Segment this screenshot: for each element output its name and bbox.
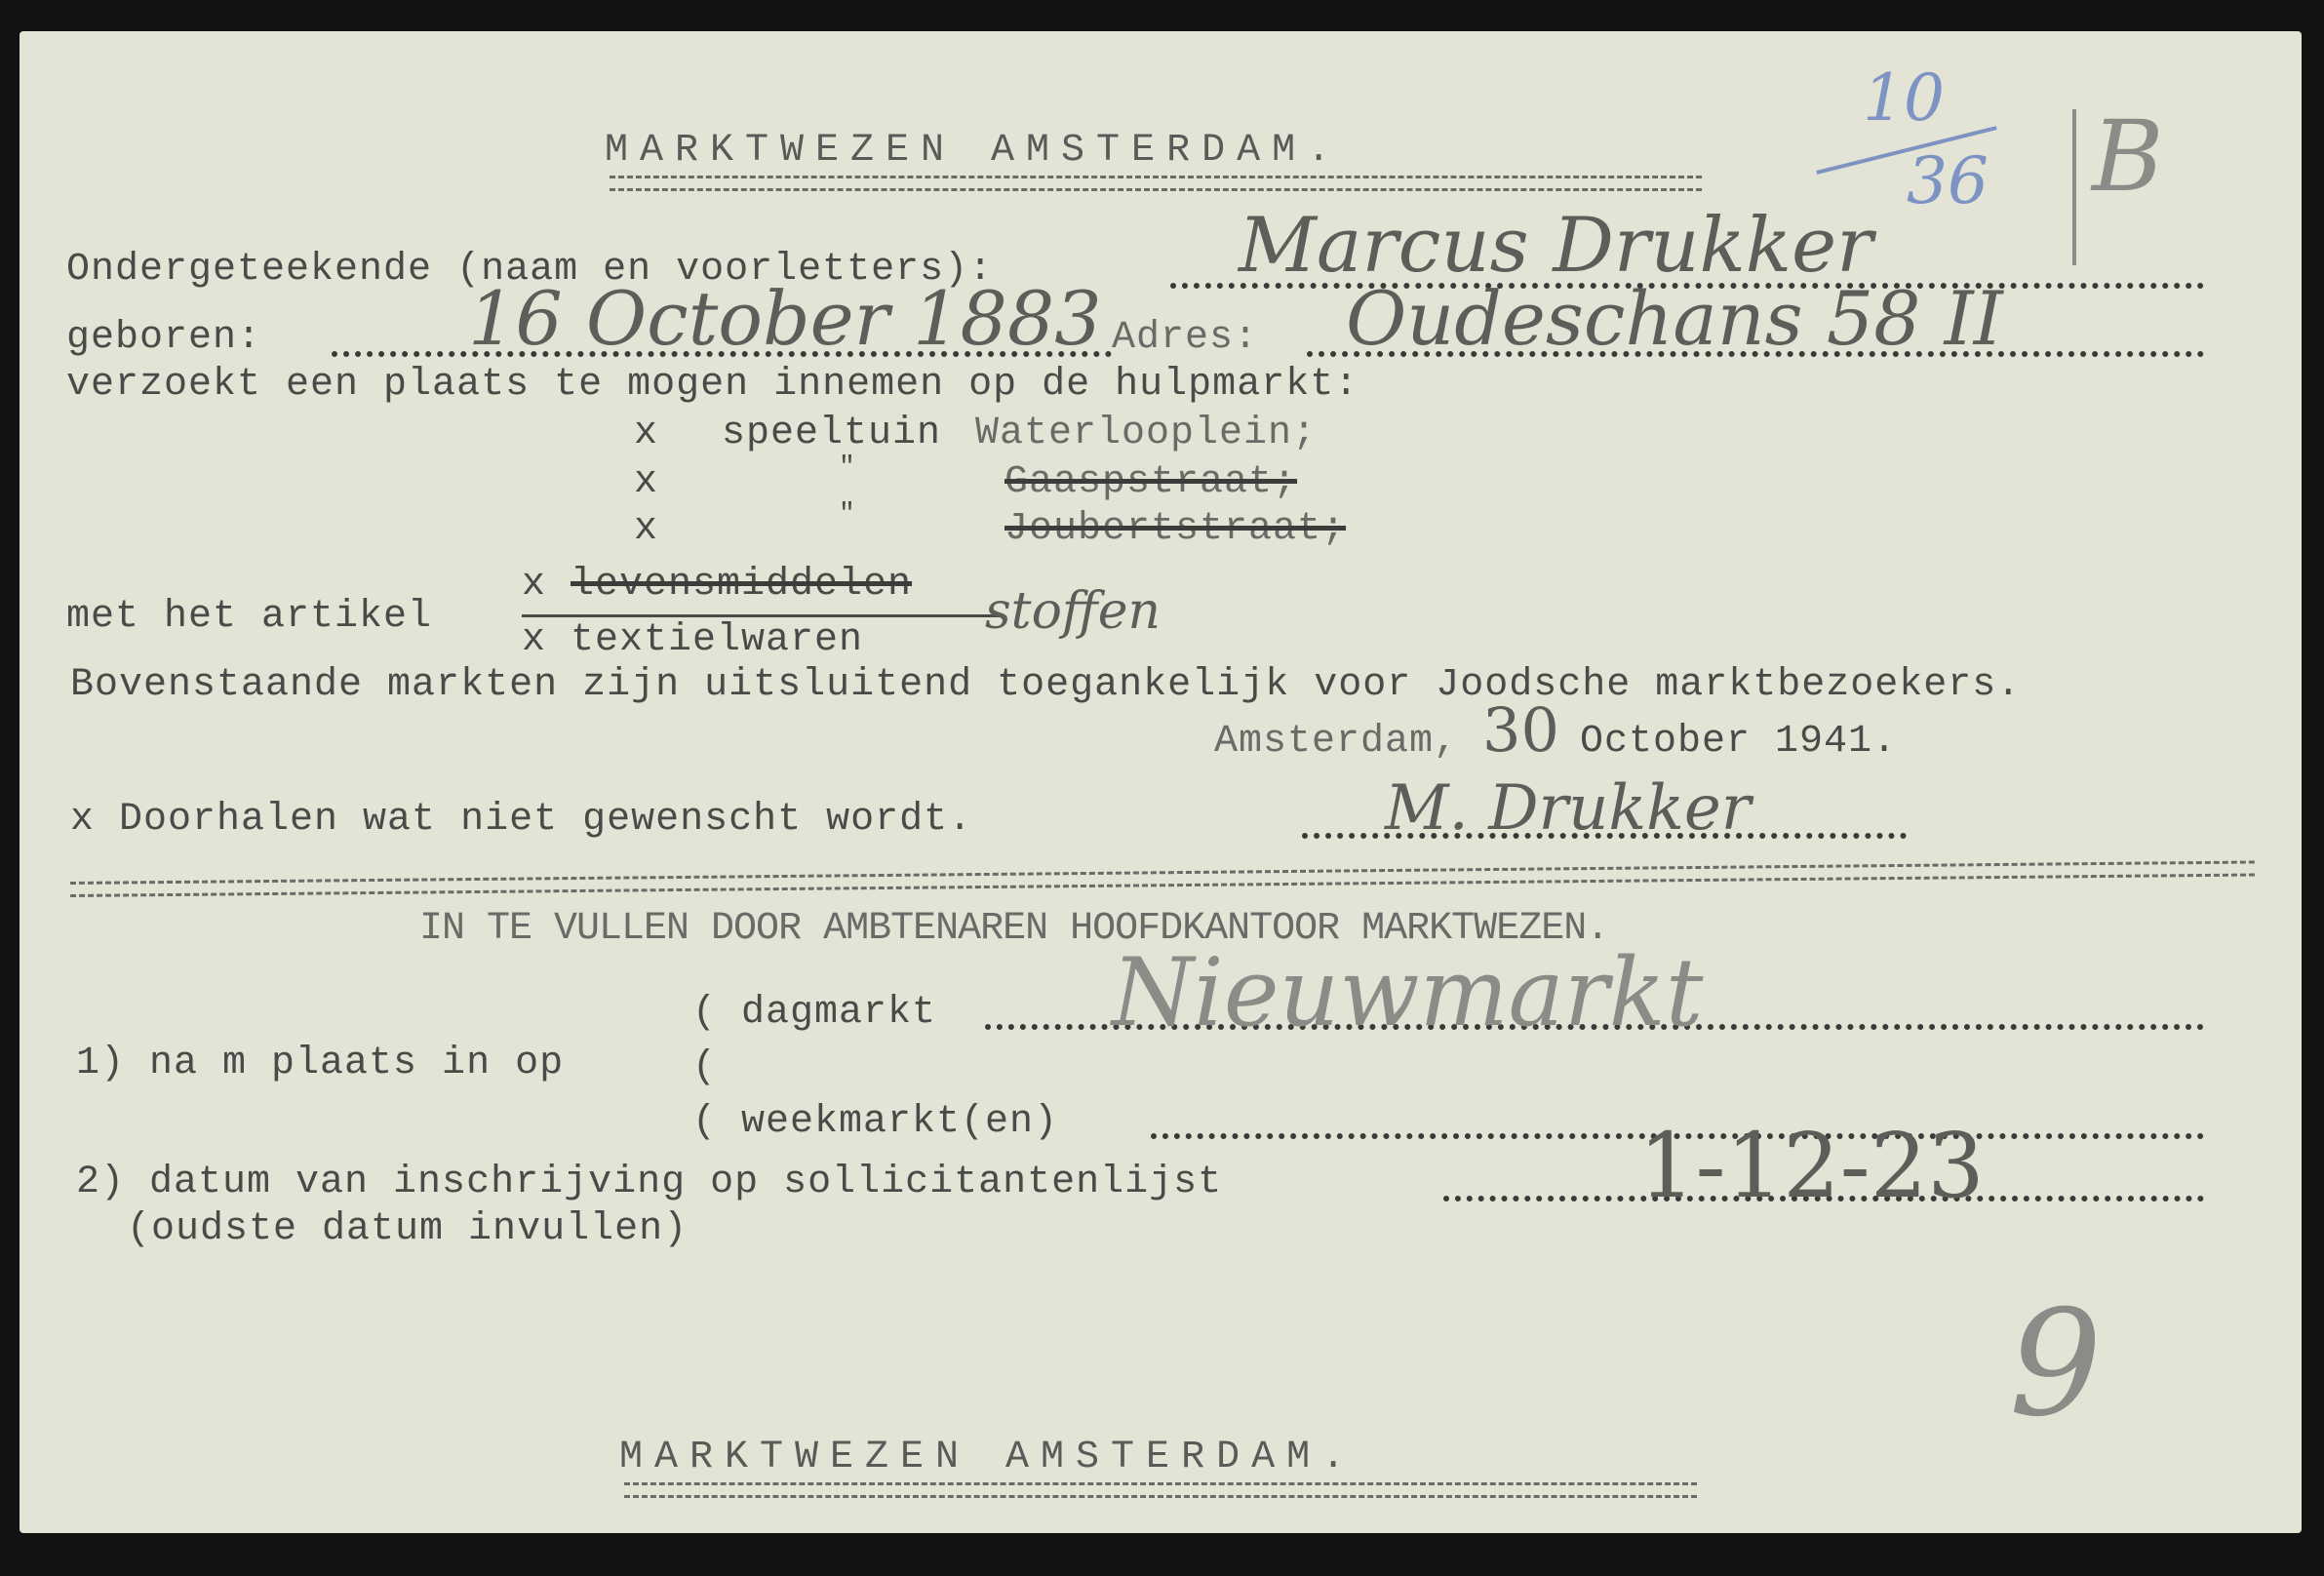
market-3-name-struck: Joubertstraat; <box>1004 507 1346 551</box>
footer-double-underline <box>624 1482 1697 1498</box>
market-1-name: Waterlooplein; <box>975 412 1317 455</box>
market-2-ditto: " <box>839 453 856 483</box>
article-2-mark: x <box>522 618 546 662</box>
address-label: Adres: <box>1112 316 1258 360</box>
market-1-prefix: speeltuin <box>722 412 941 455</box>
signature: M. Drukker <box>1385 772 1751 845</box>
article-2-name: textielwaren <box>571 618 863 662</box>
born-value: 16 October 1883 <box>468 275 1102 362</box>
article-fraction-bar <box>522 614 1000 617</box>
initial-mark: B <box>2092 99 2164 214</box>
market-3-ditto: " <box>839 499 856 530</box>
page-number: 9 <box>2009 1280 2102 1449</box>
dagmarkt-value: Nieuwmarkt <box>1112 938 1703 1047</box>
item2-sub: (oudste datum invullen) <box>127 1207 688 1251</box>
header-double-underline <box>610 176 1702 191</box>
request-line: verzoekt een plaats te mogen innemen op … <box>66 363 1359 407</box>
market-2-name-struck: Gaaspstraat; <box>1004 460 1297 504</box>
form-header: MARKTWEZEN AMSTERDAM. <box>605 129 1342 173</box>
margin-stroke <box>2072 109 2076 265</box>
item2-value: 1-12-23 <box>1638 1114 1985 1218</box>
place-date-suffix: October 1941. <box>1580 720 1897 764</box>
place-date-prefix: Amsterdam, <box>1214 720 1458 764</box>
weekmarkt-label: ( weekmarkt(en) <box>692 1100 1058 1144</box>
article-label: met het artikel <box>66 595 432 639</box>
footer-header: MARKTWEZEN AMSTERDAM. <box>619 1436 1357 1479</box>
article-1-name-struck: levensmiddelen <box>571 563 912 607</box>
form-card: MARKTWEZEN AMSTERDAM. 10 36 B Ondergetee… <box>20 31 2302 1533</box>
brace-middle: ( <box>692 1045 717 1089</box>
market-2-mark: x <box>634 460 658 504</box>
article-annotation: stoffen <box>985 582 1161 641</box>
place-date-day: 30 <box>1482 694 1559 766</box>
fraction-numerator: 10 <box>1863 60 1945 136</box>
article-1-mark: x <box>522 563 546 607</box>
strike-note: x Doorhalen wat niet gewenscht wordt. <box>70 798 972 842</box>
item2-label: 2) datum van inschrijving op sollicitant… <box>76 1161 1222 1204</box>
section-divider <box>70 860 2255 897</box>
dagmarkt-label: ( dagmarkt <box>692 991 936 1035</box>
notice-text: Bovenstaande markten zijn uitsluitend to… <box>70 663 2021 707</box>
address-value: Oudeschans 58 II <box>1346 275 2003 362</box>
market-3-mark: x <box>634 507 658 551</box>
born-label: geboren: <box>66 316 261 360</box>
item1-label: 1) na m plaats in op <box>76 1042 564 1085</box>
market-1-mark: x <box>634 412 658 455</box>
fraction-denominator: 36 <box>1907 143 1989 218</box>
